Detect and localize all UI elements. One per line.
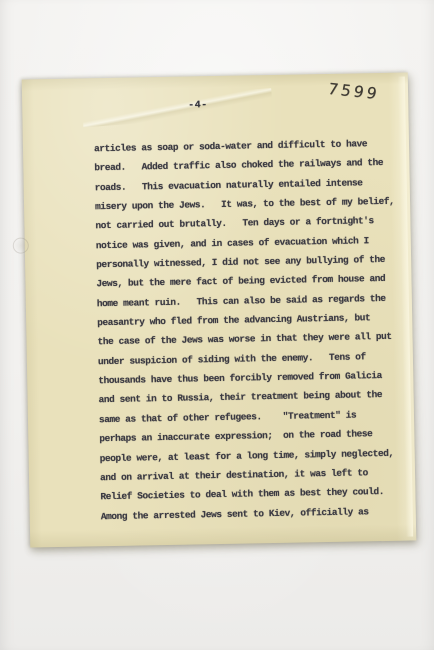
document-page: -4- 7599 articles as soap or soda-water … <box>22 73 417 548</box>
folio-number: 7599 <box>326 80 381 103</box>
page-number: -4- <box>188 100 208 111</box>
smudge-mark <box>13 237 29 253</box>
crease-mark <box>82 88 273 127</box>
typed-body: articles as soap or soda-water and diffi… <box>94 134 411 526</box>
scan-background: -4- 7599 articles as soap or soda-water … <box>0 0 434 650</box>
